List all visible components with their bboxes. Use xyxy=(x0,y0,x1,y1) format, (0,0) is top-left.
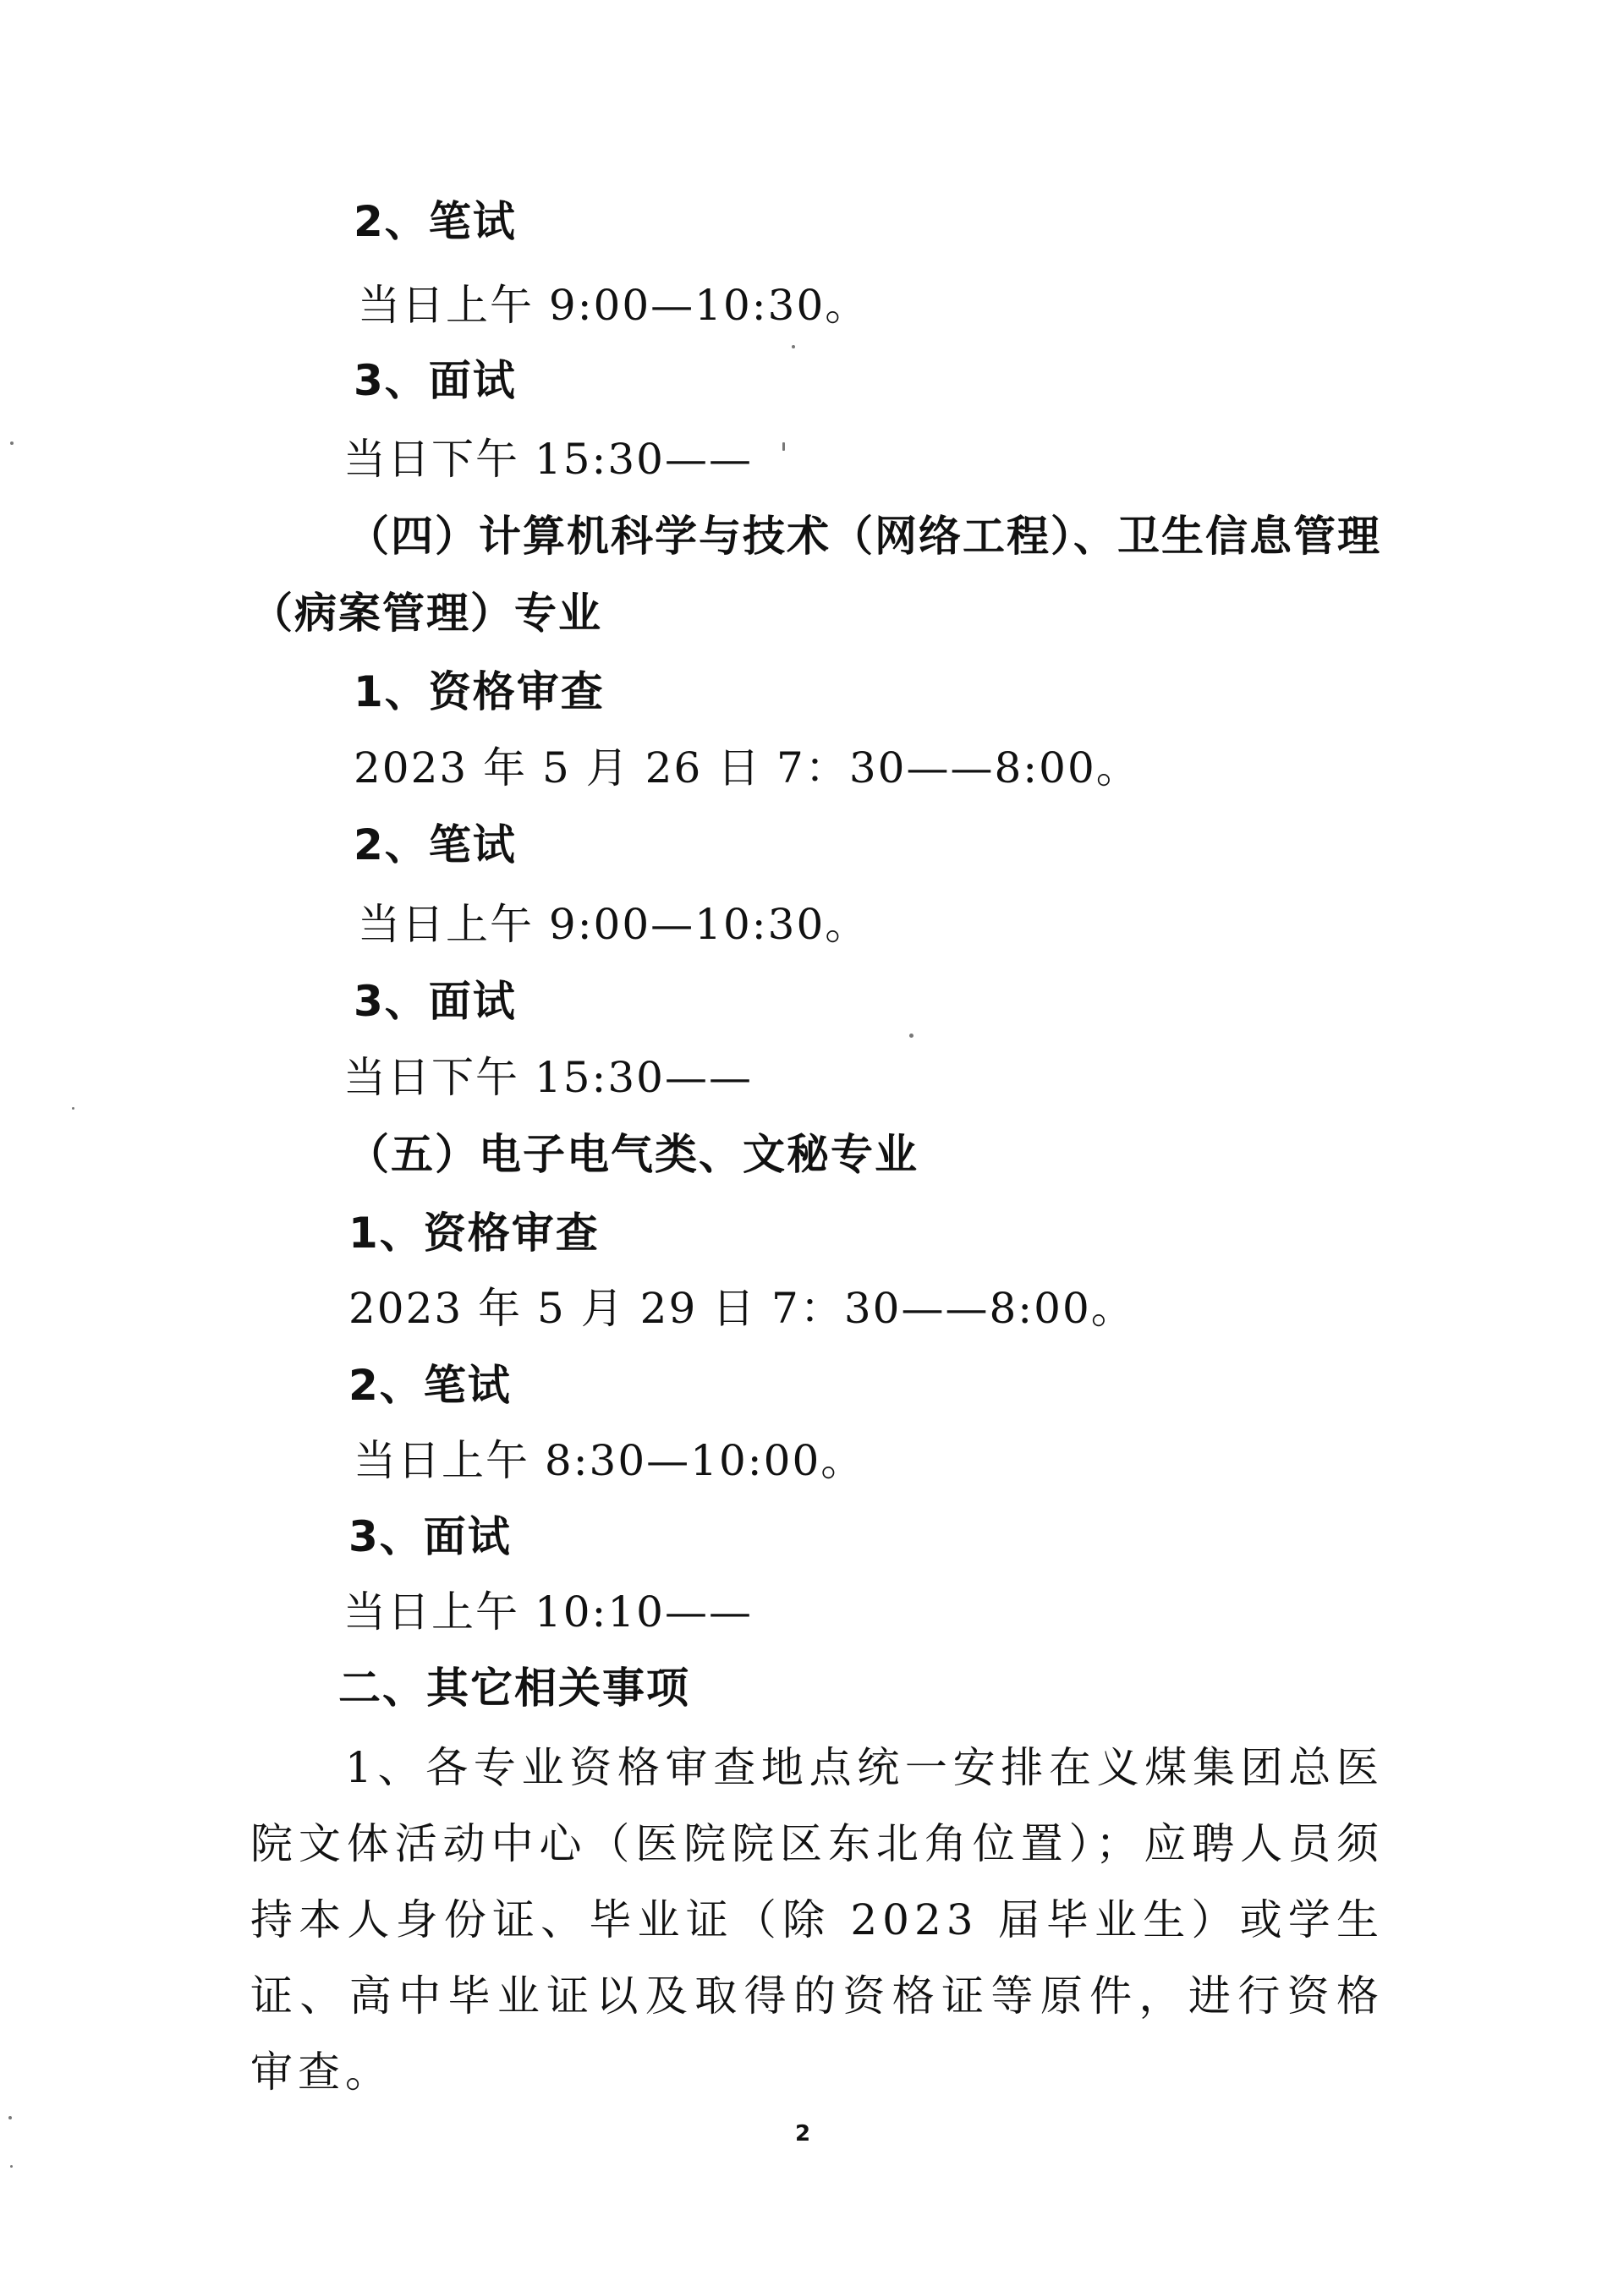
schedule-text: 当日上午 10:10—— xyxy=(343,1587,753,1637)
scan-speck xyxy=(10,2165,13,2168)
section-heading: 3、面试 xyxy=(354,976,517,1027)
section-heading: （五）电子电气类、文秘专业 xyxy=(347,1129,919,1180)
scan-speck xyxy=(10,441,14,445)
schedule-text: 当日下午 15:30—— xyxy=(343,434,753,485)
section-heading: 2、笔试 xyxy=(348,1360,512,1411)
scan-speck xyxy=(909,1034,913,1038)
schedule-text: 当日上午 9:00—10:30。 xyxy=(358,280,869,331)
scan-speck xyxy=(792,345,795,348)
scan-speck xyxy=(72,1107,74,1110)
section-heading: （病案管理）专业 xyxy=(250,588,602,639)
section-heading: 2、笔试 xyxy=(354,196,517,247)
scan-speck xyxy=(782,442,785,451)
section-heading: 2、笔试 xyxy=(354,820,517,870)
section-heading: 3、面试 xyxy=(348,1511,512,1562)
schedule-text: 当日上午 9:00—10:30。 xyxy=(358,899,869,950)
scan-speck xyxy=(8,2116,12,2119)
schedule-text: 2023 年 5 月 29 日 7：30——8:00。 xyxy=(348,1283,1135,1334)
section-heading: 3、面试 xyxy=(354,355,517,406)
schedule-text: 当日上午 8:30—10:00。 xyxy=(354,1435,864,1486)
section-heading: （四）计算机科学与技术（网络工程）、卫生信息管理 xyxy=(347,511,1381,562)
schedule-text: 2023 年 5 月 26 日 7：30——8:00。 xyxy=(354,743,1140,793)
section-heading: 1、资格审查 xyxy=(354,666,605,717)
section-heading: 1、资格审查 xyxy=(348,1208,600,1258)
schedule-text: 当日下午 15:30—— xyxy=(343,1052,753,1103)
paragraph-other-matters-1: 1、各专业资格审查地点统一安排在义煤集团总医院文体活动中心（医院院区东北角位置）… xyxy=(250,1730,1384,2110)
page-number: 2 xyxy=(795,2121,810,2147)
section-heading: 二、其它相关事项 xyxy=(338,1663,690,1713)
